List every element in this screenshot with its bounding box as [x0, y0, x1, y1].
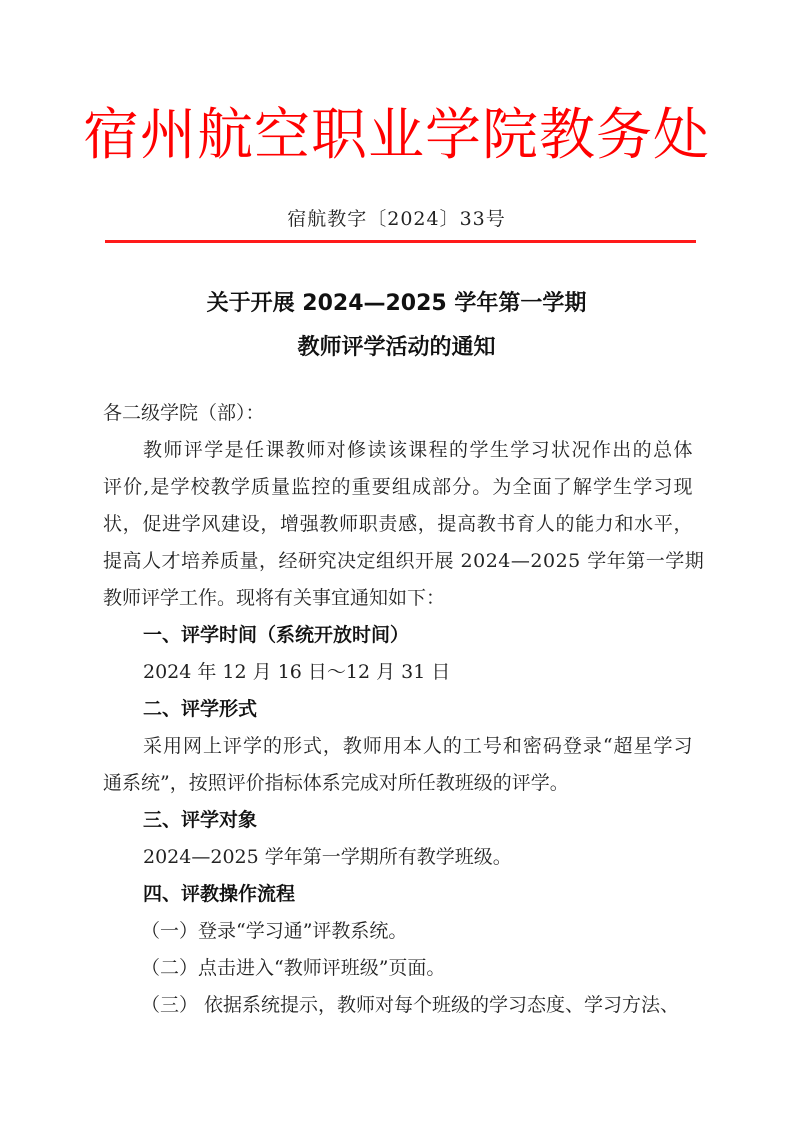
section-text: 2024—2025 学年第一学期所有教学班级。 — [143, 842, 512, 872]
intro-line: 状，促进学风建设，增强教师职责感，提高教书育人的能力和水平， — [103, 509, 693, 539]
process-step: （一）登录“学习通”评教系统。 — [141, 916, 407, 946]
process-step: （二）点击进入“教师评班级”页面。 — [141, 953, 445, 983]
process-step: （三） 依据系统提示，教师对每个班级的学习态度、学习方法、 — [141, 990, 679, 1020]
red-divider — [105, 240, 696, 243]
section-heading-process: 四、评教操作流程 — [143, 879, 295, 909]
intro-line: 评价,是学校教学质量监控的重要组成部分。为全面了解学生学习现 — [103, 472, 693, 502]
intro-line: 教师评学是任课教师对修读该课程的学生学习状况作出的总体 — [143, 435, 693, 465]
intro-line: 提高人才培养质量，经研究决定组织开展 2024—2025 学年第一学期 — [103, 546, 693, 576]
document-page: 宿州航空职业学院教务处 宿航教字〔2024〕33号 关于开展 2024—2025… — [0, 0, 793, 1122]
section-heading-target: 三、评学对象 — [143, 805, 257, 835]
notice-title-line1: 关于开展 2024—2025 学年第一学期 — [0, 289, 793, 319]
section-text: 通系统”，按照评价指标体系完成对所任教班级的评学。 — [103, 768, 569, 798]
document-number: 宿航教字〔2024〕33号 — [0, 205, 793, 233]
section-text: 采用网上评学的形式，教师用本人的工号和密码登录“超星学习 — [143, 731, 693, 761]
section-heading-form: 二、评学形式 — [143, 694, 257, 724]
section-text: 2024 年 12 月 16 日～12 月 31 日 — [143, 657, 450, 687]
notice-title-line2: 教师评学活动的通知 — [0, 333, 793, 363]
intro-line: 教师评学工作。现将有关事宜通知如下： — [103, 583, 445, 613]
salutation: 各二级学院（部）： — [103, 398, 265, 428]
section-heading-time: 一、评学时间（系统开放时间） — [143, 620, 409, 650]
org-title: 宿州航空职业学院教务处 — [0, 100, 793, 172]
